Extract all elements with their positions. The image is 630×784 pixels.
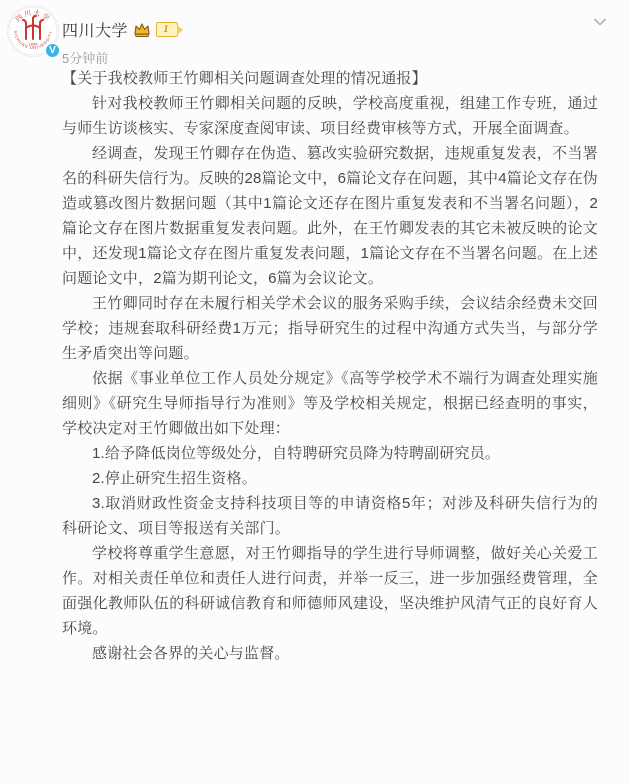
post-paragraph-investigation: 针对我校教师王竹卿相关问题的反映，学校高度重视，组建工作专班，通过与师生访谈核实…: [62, 91, 598, 141]
vip-level-badge[interactable]: 1: [156, 22, 178, 37]
avatar[interactable]: 四川大学 SICHUAN UNIVERSITY 1896: [8, 6, 58, 56]
chevron-down-icon: [592, 14, 608, 30]
decision-item-2: 2.停止研究生招生资格。: [62, 466, 598, 491]
post-paragraph-thanks: 感谢社会各界的关心与监督。: [62, 641, 598, 666]
weibo-post-card: 四川大学 SICHUAN UNIVERSITY 1896: [0, 0, 630, 784]
author-block: 四川大学 1 5分钟前: [62, 18, 178, 67]
author-name[interactable]: 四川大学: [62, 18, 128, 41]
decision-item-3: 3.取消财政性资金支持科技项目等的申请资格5年；对涉及科研失信行为的科研论文、项…: [62, 491, 598, 541]
verified-mark: V: [49, 46, 56, 56]
post-paragraph-findings-funds: 王竹卿同时存在未履行相关学术会议的服务采购手续，会议结余经费未交回学校；违规套取…: [62, 291, 598, 366]
post-menu-button[interactable]: [592, 14, 608, 30]
decision-item-1: 1.给予降低岗位等级处分，自特聘研究员降为特聘副研究员。: [62, 441, 598, 466]
post-title: 【关于我校教师王竹卿相关问题调查处理的情况通报】: [62, 66, 598, 91]
vip-crown-icon: [133, 22, 151, 38]
post-paragraph-ruling-intro: 依据《事业单位工作人员处分规定》《高等学校学术不端行为调查处理实施细则》《研究生…: [62, 366, 598, 441]
post-content: 【关于我校教师王竹卿相关问题调查处理的情况通报】 针对我校教师王竹卿相关问题的反…: [62, 66, 598, 666]
post-paragraph-followup: 学校将尊重学生意愿，对王竹卿指导的学生进行导师调整，做好关心关爱工作。对相关责任…: [62, 541, 598, 641]
author-name-row: 四川大学 1: [62, 18, 178, 41]
vip-level-number: 1: [164, 24, 169, 35]
verified-badge-icon: V: [44, 42, 61, 59]
seal-year-text: 1896: [29, 42, 39, 47]
post-paragraph-findings-papers: 经调查，发现王竹卿存在伪造、篡改实验研究数据，违规重复发表，不当署名的科研失信行…: [62, 141, 598, 291]
post-timestamp[interactable]: 5分钟前: [62, 48, 178, 67]
post-header: 四川大学 SICHUAN UNIVERSITY 1896: [8, 6, 616, 62]
